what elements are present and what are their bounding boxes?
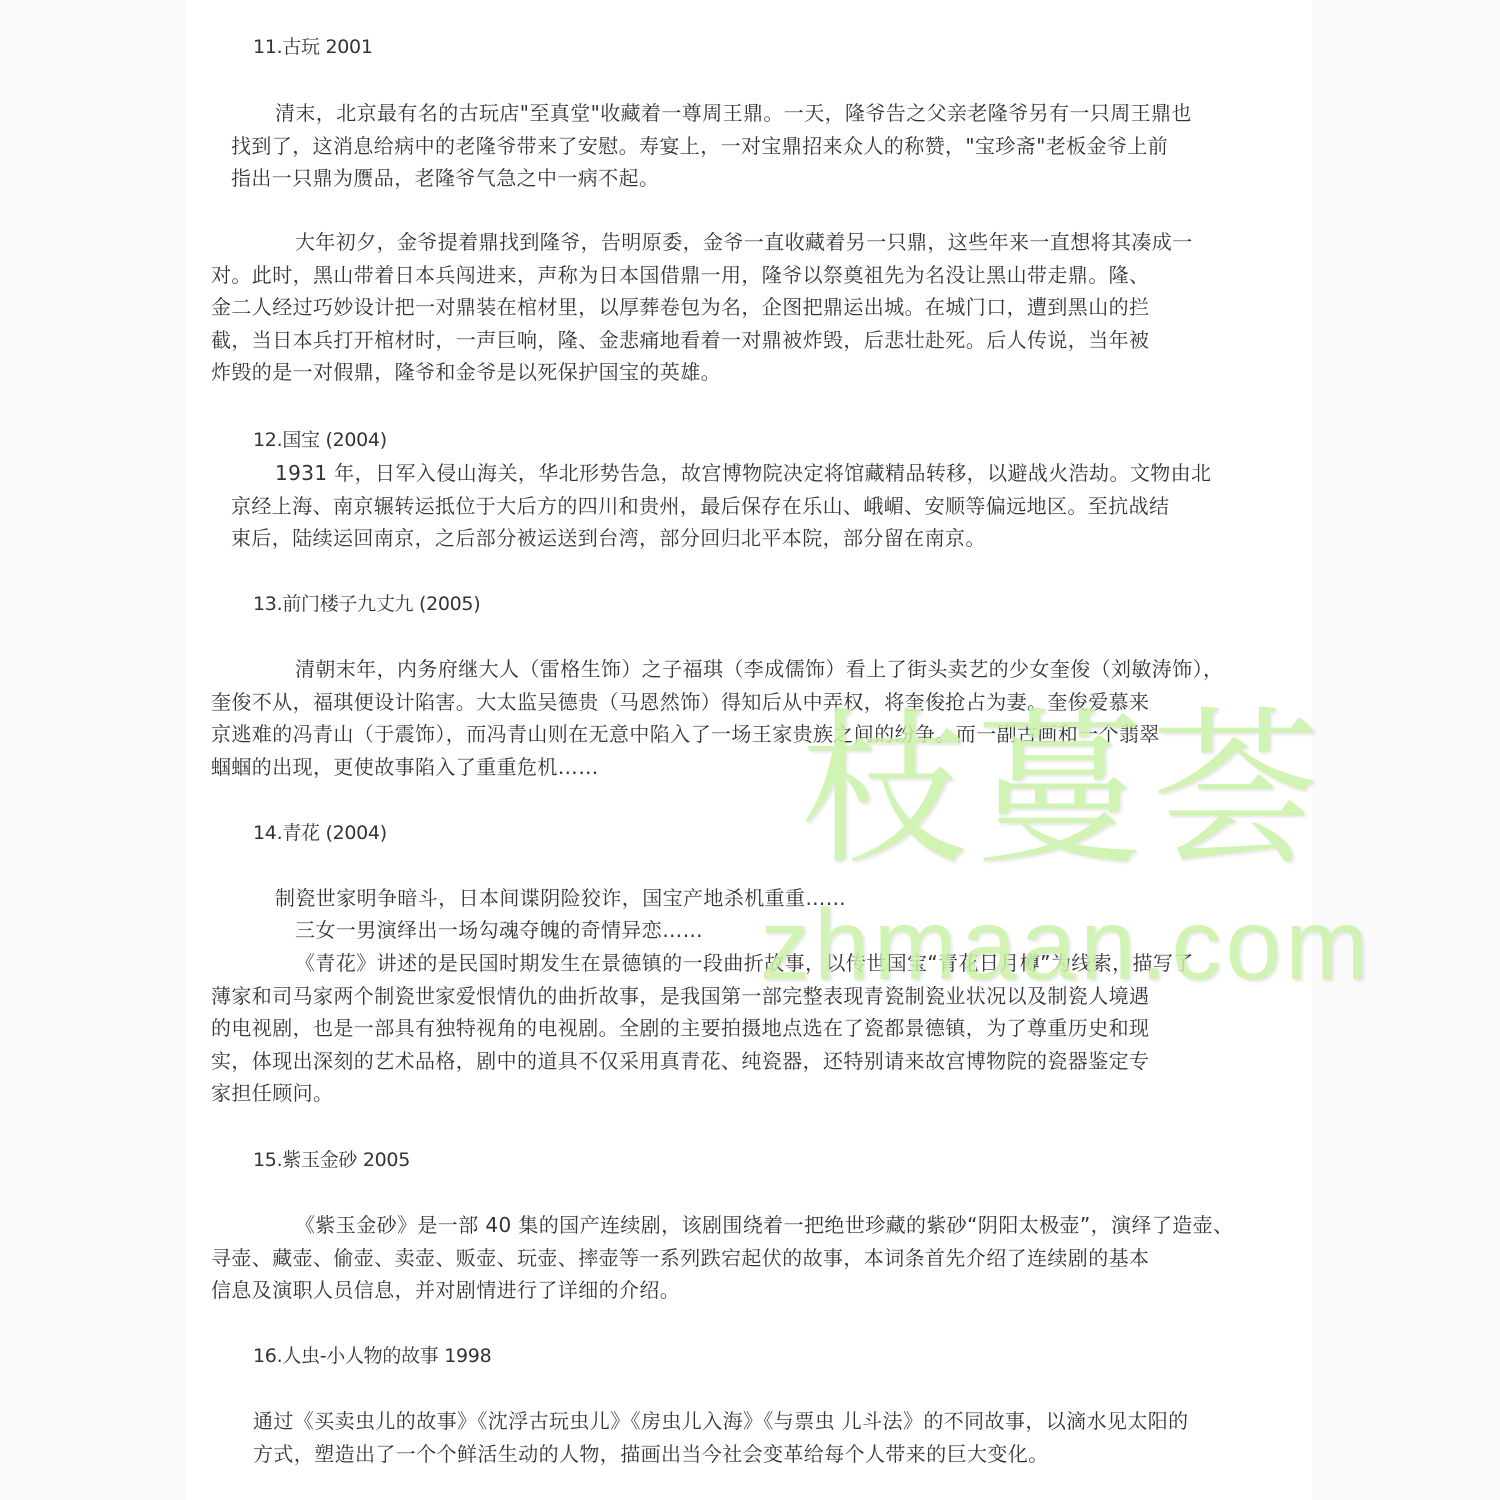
document-page: 11.古玩 2001 清末，北京最有名的古玩店"至真堂"收藏着一尊周王鼎。一天，… <box>187 0 1312 1500</box>
text-line: 制瓷世家明争暗斗，日本间谍阴险狡诈，国宝产地杀机重重…… <box>253 882 1251 915</box>
text-line: 方式，塑造出了一个个鲜活生动的人物，描画出当今社会变革给每个人带来的巨大变化。 <box>253 1438 1251 1471</box>
text-line: 清朝末年，内务府继大人（雷格生饰）之子福琪（李成儒饰）看上了街头卖艺的少女奎俊（… <box>253 653 1251 686</box>
text-line: 找到了，这消息给病中的老隆爷带来了安慰。寿宴上，一对宝鼎招来众人的称赞，"宝珍斋… <box>253 130 1251 163</box>
section-11-paragraph-1: 清末，北京最有名的古玩店"至真堂"收藏着一尊周王鼎。一天，隆爷告之父亲老隆爷另有… <box>253 97 1251 195</box>
section-heading-14: 14.青花 (2004) <box>253 817 1251 850</box>
text-line: 大年初夕，金爷提着鼎找到隆爷，告明原委，金爷一直收藏着另一只鼎，这些年来一直想将… <box>253 226 1251 259</box>
text-line: 1931 年，日军入侵山海关，华北形势告急，故宫博物院决定将馆藏精品转移，以避战… <box>253 457 1251 490</box>
section-heading-13: 13.前门楼子九丈九 (2005) <box>253 588 1251 621</box>
text-line: 蝈蝈的出现，更使故事陷入了重重危机…… <box>253 751 1251 784</box>
section-heading-15: 15.紫玉金砂 2005 <box>253 1144 1251 1177</box>
text-line: 寻壶、藏壶、偷壶、卖壶、贩壶、玩壶、摔壶等一系列跌宕起伏的故事，本词条首先介绍了… <box>253 1242 1251 1275</box>
section-14-paragraph-3: 《青花》讲述的是民国时期发生在景德镇的一段曲折故事，以传世国宝“青花日月樽”为线… <box>253 947 1251 1110</box>
section-14-paragraph-1: 制瓷世家明争暗斗，日本间谍阴险狡诈，国宝产地杀机重重…… <box>253 882 1251 915</box>
text-line: 截，当日本兵打开棺材时，一声巨响，隆、金悲痛地看着一对鼎被炸毁，后悲壮赴死。后人… <box>253 324 1251 357</box>
text-line: 家担任顾问。 <box>253 1077 1251 1110</box>
text-line: 清末，北京最有名的古玩店"至真堂"收藏着一尊周王鼎。一天，隆爷告之父亲老隆爷另有… <box>253 97 1251 130</box>
section-12-paragraph-1: 1931 年，日军入侵山海关，华北形势告急，故宫博物院决定将馆藏精品转移，以避战… <box>253 457 1251 555</box>
text-line: 对。此时，黑山带着日本兵闯进来，声称为日本国借鼎一用，隆爷以祭奠祖先为名没让黑山… <box>253 259 1251 292</box>
text-line: 奎俊不从，福琪便设计陷害。大太监吴德贵（马恩然饰）得知后从中弄权，将奎俊抢占为妻… <box>253 686 1251 719</box>
text-line: 《紫玉金砂》是一部 40 集的国产连续剧，该剧围绕着一把绝世珍藏的紫砂“阴阳太极… <box>253 1209 1251 1242</box>
section-13-paragraph-1: 清朝末年，内务府继大人（雷格生饰）之子福琪（李成儒饰）看上了街头卖艺的少女奎俊（… <box>253 653 1251 783</box>
text-line: 金二人经过巧妙设计把一对鼎装在棺材里，以厚葬卷包为名，企图把鼎运出城。在城门口，… <box>253 291 1251 324</box>
text-line: 指出一只鼎为赝品，老隆爷气急之中一病不起。 <box>253 162 1251 195</box>
text-line: 薄家和司马家两个制瓷世家爱恨情仇的曲折故事，是我国第一部完整表现青瓷制瓷业状况以… <box>253 980 1251 1013</box>
section-11-paragraph-2: 大年初夕，金爷提着鼎找到隆爷，告明原委，金爷一直收藏着另一只鼎，这些年来一直想将… <box>253 226 1251 389</box>
text-line: 京逃难的冯青山（于震饰），而冯青山则在无意中陷入了一场王家贵族之间的纷争。而一副… <box>253 718 1251 751</box>
section-heading-12: 12.国宝 (2004) <box>253 424 1251 457</box>
section-16-paragraph-1: 通过《买卖虫儿的故事》《沈浮古玩虫儿》《房虫儿入海》《与票虫 儿斗法》的不同故事… <box>253 1405 1251 1470</box>
section-heading-11: 11.古玩 2001 <box>253 31 1251 64</box>
text-line: 信息及演职人员信息，并对剧情进行了详细的介绍。 <box>253 1274 1251 1307</box>
section-heading-16: 16.人虫-小人物的故事 1998 <box>253 1340 1251 1373</box>
text-line: 的电视剧，也是一部具有独特视角的电视剧。全剧的主要拍摄地点选在了瓷都景德镇，为了… <box>253 1012 1251 1045</box>
text-line: 京经上海、南京辗转运抵位于大后方的四川和贵州，最后保存在乐山、峨嵋、安顺等偏远地… <box>253 490 1251 523</box>
section-14-paragraph-2: 三女一男演绎出一场勾魂夺魄的奇情异恋…… <box>253 914 1251 947</box>
text-line: 通过《买卖虫儿的故事》《沈浮古玩虫儿》《房虫儿入海》《与票虫 儿斗法》的不同故事… <box>253 1405 1251 1438</box>
text-line: 三女一男演绎出一场勾魂夺魄的奇情异恋…… <box>253 914 1251 947</box>
section-15-paragraph-1: 《紫玉金砂》是一部 40 集的国产连续剧，该剧围绕着一把绝世珍藏的紫砂“阴阳太极… <box>253 1209 1251 1307</box>
text-line: 实，体现出深刻的艺术品格，剧中的道具不仅采用真青花、纯瓷器，还特别请来故宫博物院… <box>253 1045 1251 1078</box>
text-line: 炸毁的是一对假鼎，隆爷和金爷是以死保护国宝的英雄。 <box>253 356 1251 389</box>
text-line: 《青花》讲述的是民国时期发生在景德镇的一段曲折故事，以传世国宝“青花日月樽”为线… <box>253 947 1251 980</box>
text-line: 束后，陆续运回南京，之后部分被运送到台湾，部分回归北平本院，部分留在南京。 <box>253 522 1251 555</box>
